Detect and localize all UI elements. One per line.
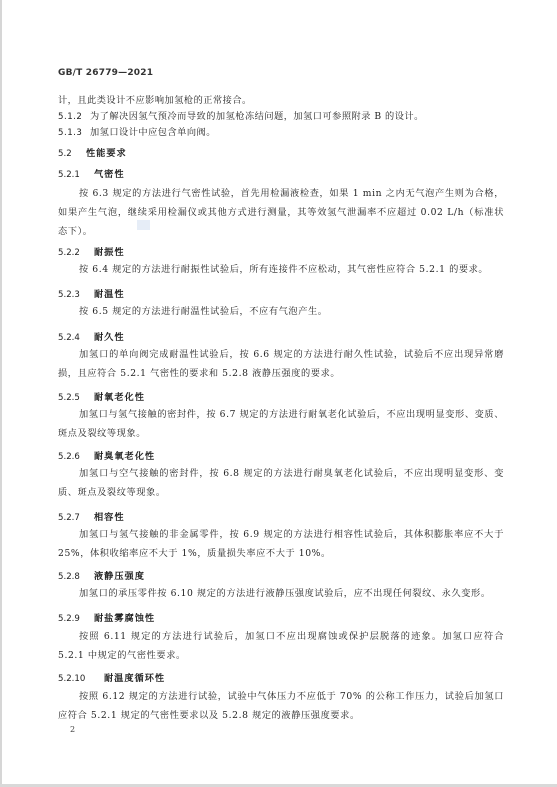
subsection-title: 气密性 bbox=[94, 169, 125, 180]
standard-header: GB/T 26779—2021 bbox=[58, 68, 153, 78]
clause-5-1-3: 5.1.3加氢口设计中应包含单向阀。 bbox=[58, 124, 216, 138]
subsection-title: 耐温性 bbox=[94, 289, 125, 300]
subsection-heading-5-2-3: 5.2.3耐温性 bbox=[58, 286, 125, 300]
continuation-text: 计，且此类设计不应影响加氢枪的正常接合。 bbox=[58, 92, 252, 106]
subsection-heading-5-2-10: 5.2.10耐温度循环性 bbox=[58, 670, 165, 684]
subsection-heading-5-2-7: 5.2.7相容性 bbox=[58, 509, 125, 523]
subsection-number: 5.2.4 bbox=[58, 333, 94, 343]
document-page: GB/T 26779—2021 计，且此类设计不应影响加氢枪的正常接合。 5.1… bbox=[0, 0, 557, 784]
clause-5-1-2: 5.1.2为了解决因氢气预冷而导致的加氢枪冻结问题，加氢口可参照附录 B 的设计… bbox=[58, 108, 424, 122]
clause-text: 为了解决因氢气预冷而导致的加氢枪冻结问题，加氢口可参照附录 B 的设计。 bbox=[90, 111, 424, 122]
subsection-title: 耐温度循环性 bbox=[104, 673, 165, 684]
subsection-number: 5.2.1 bbox=[58, 170, 94, 180]
section-heading-5-2: 5.2性能要求 bbox=[58, 145, 127, 159]
subsection-heading-5-2-4: 5.2.4耐久性 bbox=[58, 329, 125, 343]
subsection-number: 5.2.2 bbox=[58, 248, 94, 258]
subsection-body-5-2-10: 按照 6.12 规定的方法进行试验，试验中气体压力不应低于 70% 的公称工作压… bbox=[58, 687, 504, 725]
subsection-body-5-2-4: 加氢口的单向阀完成耐温性试验后，按 6.6 规定的方法进行耐久性试验，试验后不应… bbox=[58, 345, 504, 383]
subsection-body-5-2-8: 加氢口的承压零件按 6.10 规定的方法进行液静压强度试验后，应不出现任何裂纹、… bbox=[58, 584, 504, 603]
watermark-logo bbox=[137, 220, 150, 230]
section-number: 5.2 bbox=[58, 149, 86, 159]
subsection-body-5-2-6: 加氢口与空气接触的密封件，按 6.8 规定的方法进行耐臭氧老化试验后，不应出现明… bbox=[58, 464, 504, 502]
subsection-body-5-2-2: 按 6.4 规定的方法进行耐振性试验后，所有连接件不应松动，其气密性应符合 5.… bbox=[58, 260, 504, 279]
subsection-heading-5-2-2: 5.2.2耐振性 bbox=[58, 244, 125, 258]
subsection-title: 耐振性 bbox=[94, 247, 125, 258]
subsection-heading-5-2-8: 5.2.8液静压强度 bbox=[58, 568, 145, 582]
subsection-title: 耐盐雾腐蚀性 bbox=[94, 613, 155, 624]
subsection-number: 5.2.3 bbox=[58, 290, 94, 300]
subsection-body-5-2-1: 按 6.3 规定的方法进行气密性试验，首先用检漏液检查，如果 1 min 之内无… bbox=[58, 184, 504, 241]
subsection-number: 5.2.7 bbox=[58, 513, 94, 523]
subsection-body-5-2-5: 加氢口与氢气接触的密封件，按 6.7 规定的方法进行耐氧老化试验后，不应出现明显… bbox=[58, 405, 504, 443]
subsection-heading-5-2-6: 5.2.6耐臭氧老化性 bbox=[58, 448, 155, 462]
subsection-body-5-2-7: 加氢口与氢气接触的非金属零件，按 6.9 规定的方法进行相容性试验后，其体积膨胀… bbox=[58, 525, 504, 563]
subsection-number: 5.2.5 bbox=[58, 393, 94, 403]
subsection-title: 液静压强度 bbox=[94, 571, 145, 582]
clause-number: 5.1.2 bbox=[58, 112, 90, 122]
subsection-heading-5-2-9: 5.2.9耐盐雾腐蚀性 bbox=[58, 610, 155, 624]
subsection-heading-5-2-1: 5.2.1气密性 bbox=[58, 166, 125, 180]
subsection-body-5-2-9: 按照 6.11 规定的方法进行试验后，加氢口不应出现腐蚀或保护层脱落的迹象。加氢… bbox=[58, 627, 504, 665]
clause-number: 5.1.3 bbox=[58, 128, 90, 138]
clause-text: 加氢口设计中应包含单向阀。 bbox=[90, 127, 216, 138]
subsection-body-5-2-3: 按 6.5 规定的方法进行耐温性试验后，不应有气泡产生。 bbox=[58, 302, 504, 321]
page-number: 2 bbox=[70, 725, 75, 734]
subsection-number: 5.2.8 bbox=[58, 572, 94, 582]
subsection-number: 5.2.10 bbox=[58, 674, 104, 684]
subsection-title: 相容性 bbox=[94, 512, 125, 523]
subsection-title: 耐氧老化性 bbox=[94, 392, 145, 403]
subsection-heading-5-2-5: 5.2.5耐氧老化性 bbox=[58, 389, 145, 403]
subsection-number: 5.2.6 bbox=[58, 452, 94, 462]
subsection-title: 耐久性 bbox=[94, 332, 125, 343]
section-title: 性能要求 bbox=[86, 148, 127, 159]
subsection-number: 5.2.9 bbox=[58, 614, 94, 624]
subsection-title: 耐臭氧老化性 bbox=[94, 451, 155, 462]
